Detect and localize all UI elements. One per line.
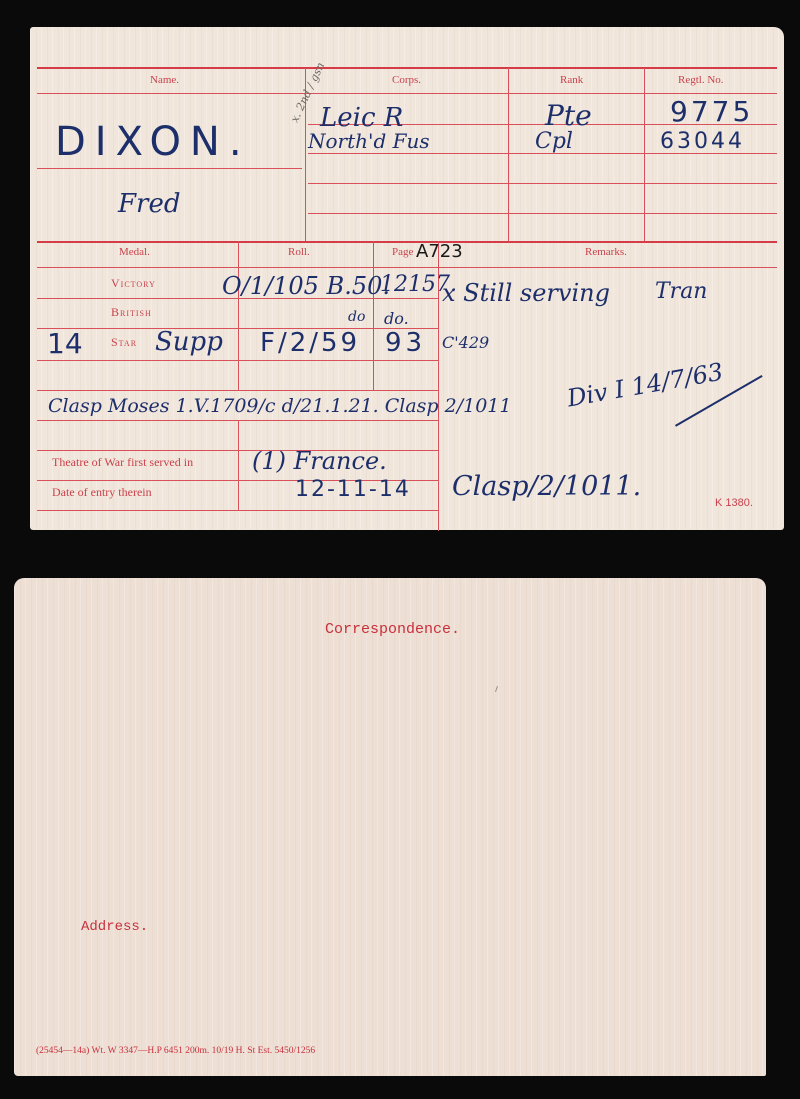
regtl-no-1: 9775 bbox=[670, 95, 753, 128]
medal-british-label: British bbox=[111, 305, 152, 320]
theatre-label: Theatre of War first served in bbox=[52, 455, 193, 470]
corps-2: North'd Fus bbox=[308, 129, 430, 153]
rule bbox=[308, 213, 777, 214]
medal-star-label: Star bbox=[111, 335, 137, 350]
star-supp-note: Supp bbox=[155, 327, 223, 357]
rule bbox=[37, 93, 777, 94]
rule bbox=[37, 510, 438, 511]
print-footer: (25454—14a) Wt. W 3347—H.P 6451 200m. 10… bbox=[36, 1046, 315, 1056]
header-corps: Corps. bbox=[392, 74, 421, 86]
star-roll: F/2/59 bbox=[260, 328, 360, 358]
remarks-div: Div I 14/7/63 bbox=[565, 358, 725, 413]
header-regtl-no: Regtl. No. bbox=[678, 74, 724, 86]
header-name: Name. bbox=[150, 74, 179, 86]
address-label: Address. bbox=[81, 919, 148, 935]
medal-index-card-front: Name. Corps. Rank Regtl. No. DIXON. Fred… bbox=[30, 27, 784, 530]
smudge bbox=[495, 686, 498, 692]
page-annotation: A723 bbox=[416, 241, 463, 262]
clasp-note: Clasp/2/1011. bbox=[452, 471, 641, 502]
correspondence-heading: Correspondence. bbox=[325, 621, 460, 638]
british-roll: do bbox=[348, 309, 365, 325]
entry-value: 12-11-14 bbox=[295, 477, 411, 502]
clasp-line: Clasp Moses 1.V.1709/c d/21.1.21. Clasp … bbox=[48, 395, 511, 417]
header-roll: Roll. bbox=[288, 246, 310, 258]
rule bbox=[37, 241, 777, 243]
header-page: Page bbox=[392, 246, 413, 258]
medal-index-card-back: Correspondence. Address. (25454—14a) Wt.… bbox=[14, 578, 766, 1076]
form-code: K 1380. bbox=[715, 497, 753, 509]
remarks-c-ref: C'429 bbox=[442, 333, 489, 352]
header-remarks: Remarks. bbox=[585, 246, 627, 258]
column-divider bbox=[238, 420, 239, 510]
column-divider bbox=[238, 241, 239, 391]
star-page: 93 bbox=[385, 328, 426, 358]
remarks-still-serving: x Still serving bbox=[442, 279, 610, 307]
theatre-value: (1) France. bbox=[252, 447, 387, 475]
rule bbox=[37, 67, 777, 69]
column-divider bbox=[508, 68, 509, 241]
british-page: do. bbox=[384, 309, 409, 328]
rule bbox=[37, 168, 302, 169]
rule bbox=[37, 267, 777, 268]
header-medal: Medal. bbox=[119, 246, 150, 258]
column-divider bbox=[644, 68, 645, 241]
victory-roll: O/1/105 B.50. bbox=[222, 272, 390, 300]
rank-1: Pte bbox=[545, 99, 592, 132]
forename: Fred bbox=[118, 189, 181, 219]
medal-victory-label: Victory bbox=[111, 276, 156, 291]
surname: DIXON. bbox=[55, 119, 251, 165]
column-divider bbox=[373, 241, 374, 391]
entry-label: Date of entry therein bbox=[52, 485, 152, 500]
remarks-tran: Tran bbox=[655, 279, 707, 304]
star-prefix: 14 bbox=[47, 327, 83, 360]
rule bbox=[308, 183, 777, 184]
rank-2: Cpl bbox=[535, 129, 573, 154]
regtl-no-2: 63044 bbox=[660, 129, 745, 154]
header-rank: Rank bbox=[560, 74, 583, 86]
